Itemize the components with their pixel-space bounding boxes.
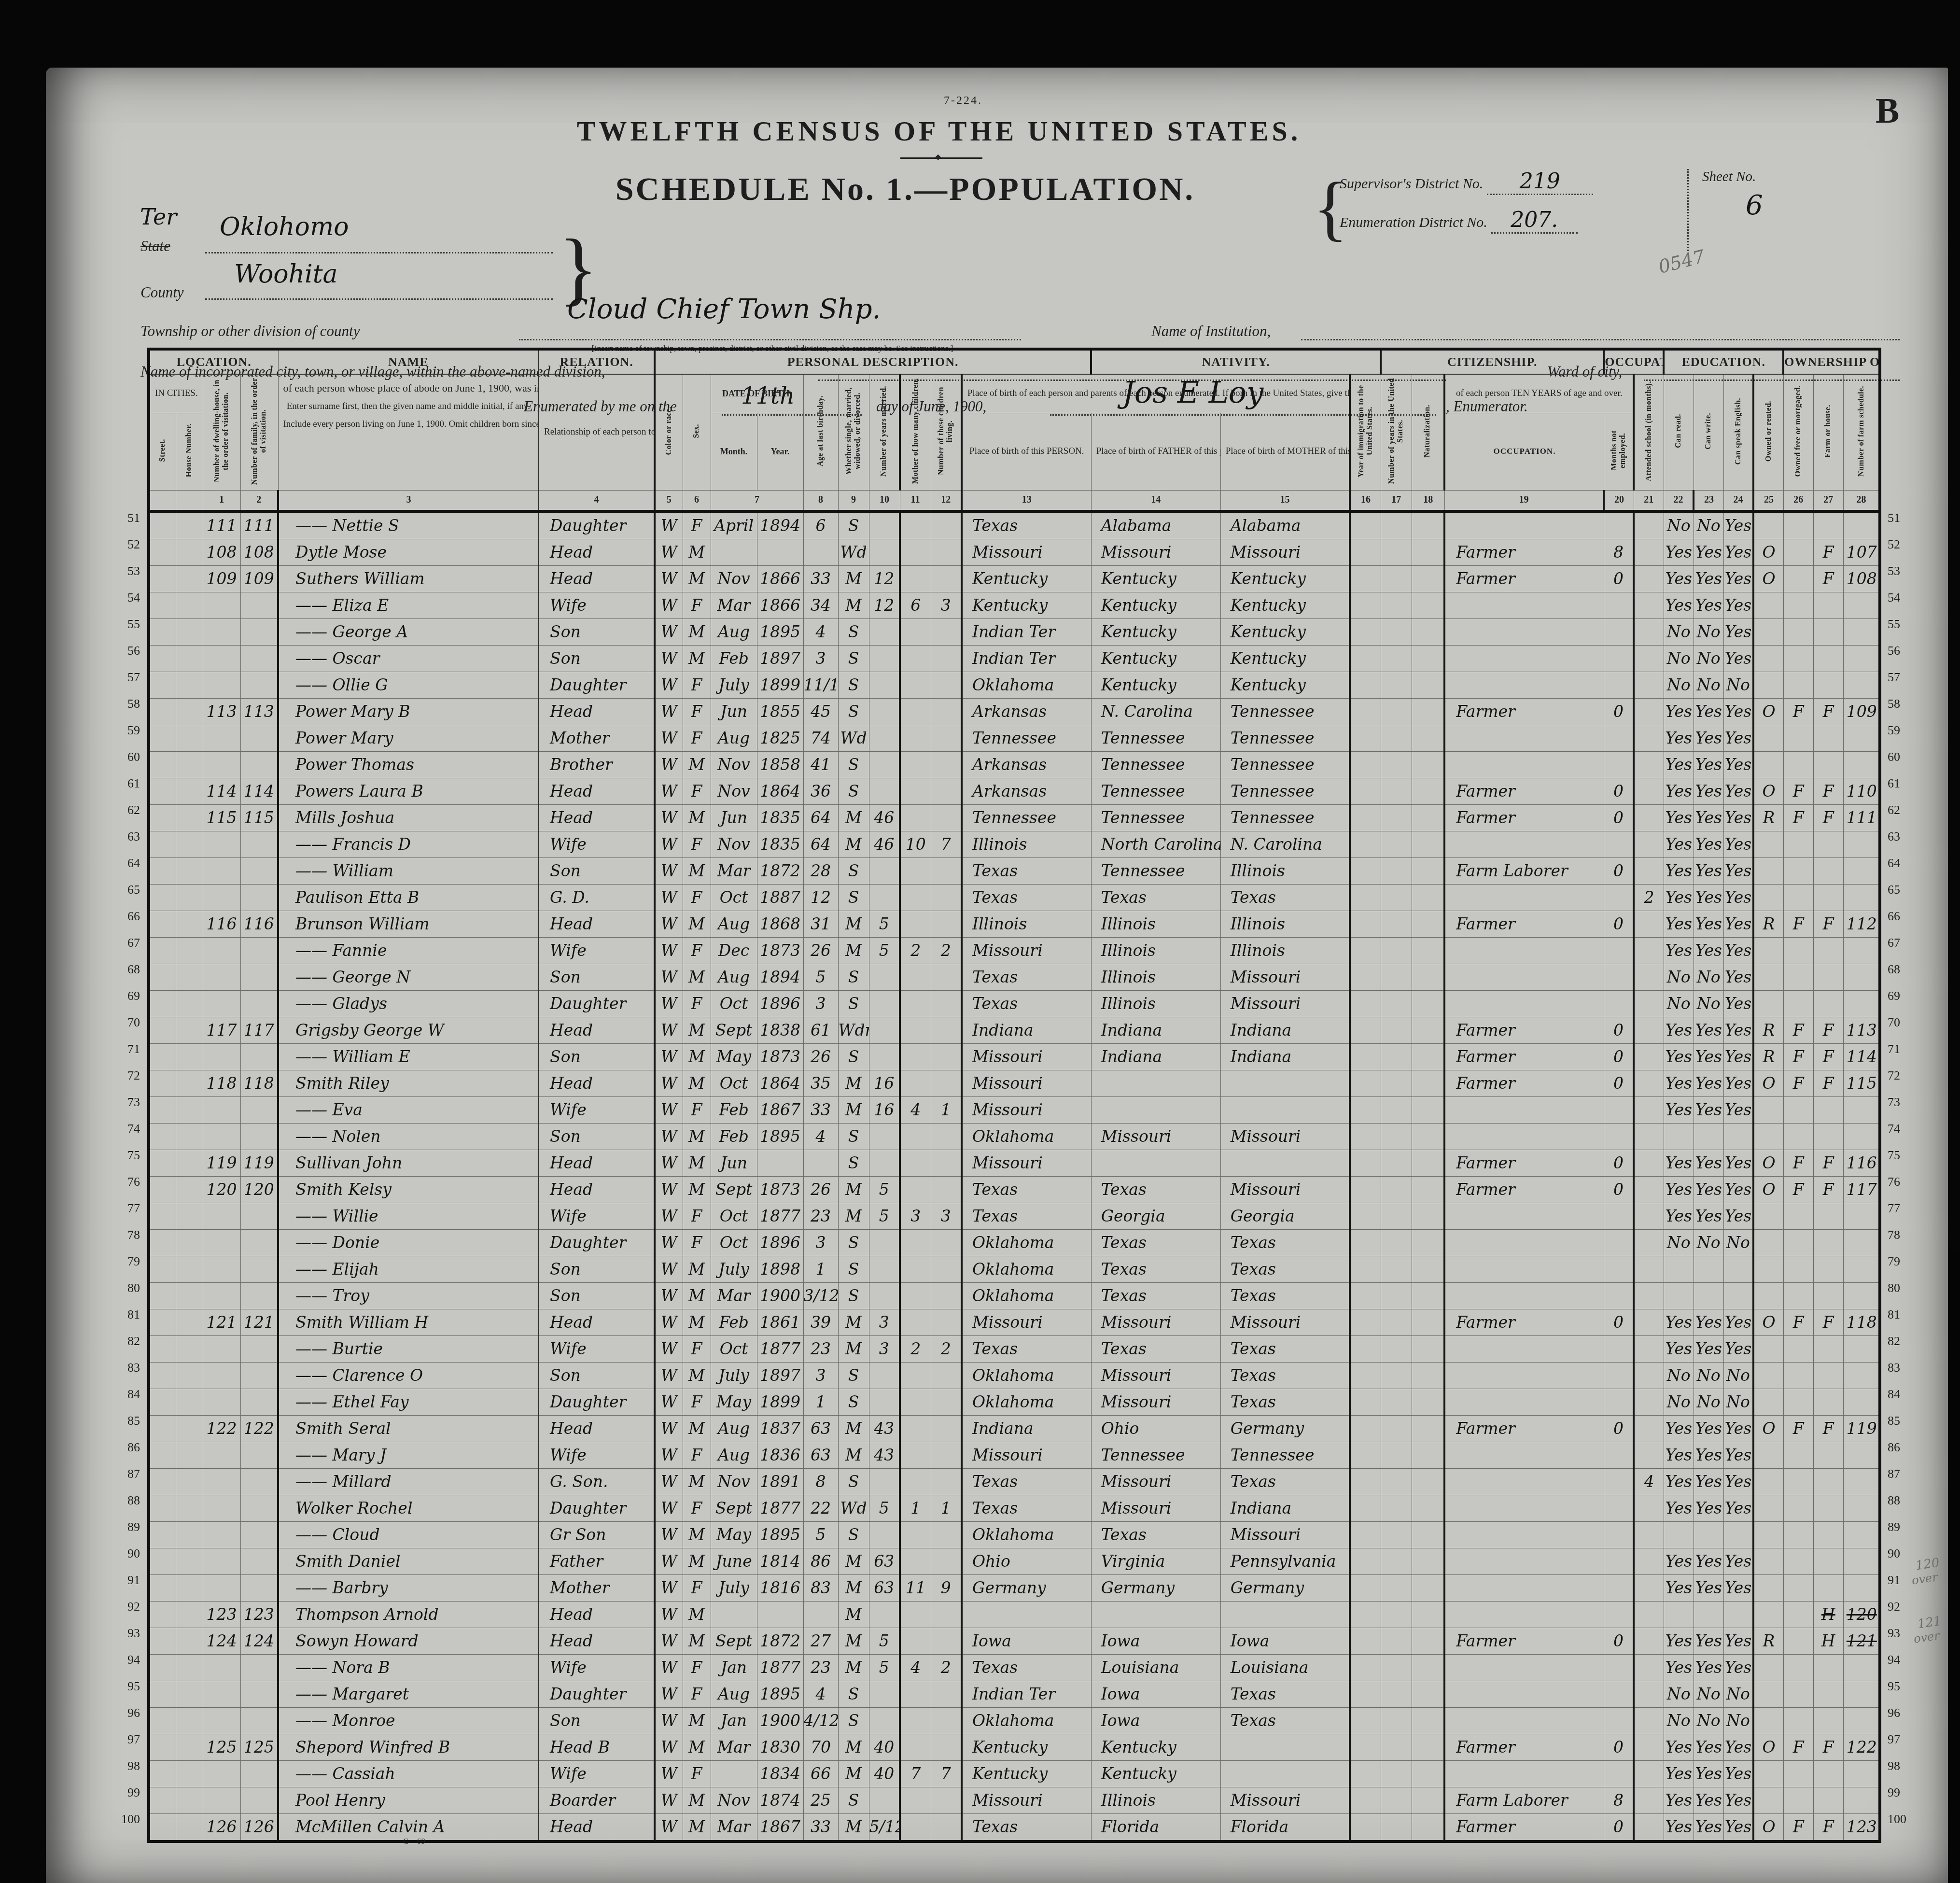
cell-pb: Texas [962, 1203, 1091, 1229]
cell-ym: 3 [869, 1335, 900, 1362]
cell-ms: M [838, 937, 869, 964]
cell-no [1843, 1389, 1880, 1415]
line-number-right: 51 [1888, 511, 1926, 525]
cell-pm [1220, 1734, 1350, 1760]
cell-rel: Daughter [539, 1229, 655, 1256]
cell-ms: S [838, 1282, 869, 1309]
cell-ow: O [1753, 1734, 1783, 1760]
cell-rd: Yes [1664, 1654, 1694, 1681]
cell-fr: F [1783, 1734, 1813, 1760]
cell-pm: Germany [1220, 1415, 1350, 1442]
cell-cl: 3 [931, 1203, 962, 1229]
cell-ag: 4 [803, 1123, 838, 1150]
census-row-73: —— EvaWifeWFFeb186733M1641MissouriYesYes… [149, 1096, 1880, 1123]
col-sex: Sex. [683, 374, 711, 490]
cell-ym [869, 1389, 900, 1415]
line-number-right: 94 [1888, 1653, 1926, 1667]
cell-fh: F [1813, 1070, 1843, 1096]
cell-mn [1604, 964, 1634, 990]
cell-by: 1872 [757, 857, 803, 884]
census-row-77: —— WillieWifeWFOct187723M533TexasGeorgia… [149, 1203, 1880, 1229]
cell-iy [1350, 804, 1381, 831]
cell-no: 109 [1843, 698, 1880, 725]
cell-oc: Farmer [1444, 1813, 1604, 1841]
cell-en: Yes [1723, 1150, 1753, 1176]
cell-ho [176, 1574, 203, 1601]
cell-ho [176, 1096, 203, 1123]
census-row-90: Smith DanielFatherWMJune181486M63OhioVir… [149, 1548, 1880, 1574]
cell-ho [176, 937, 203, 964]
col-children-living-label: Number of these children living. [937, 376, 954, 487]
cell-rel: Head [539, 1017, 655, 1043]
cell-by: 1877 [757, 1335, 803, 1362]
cell-s: M [683, 1070, 711, 1096]
cell-bm: Sept [711, 1176, 757, 1203]
cell-rd: Yes [1664, 1548, 1694, 1574]
cell-c: W [655, 1282, 683, 1309]
cell-en: Yes [1723, 1335, 1753, 1362]
cell-pb: Indiana [962, 1017, 1091, 1043]
line-number-left: 89 [101, 1520, 140, 1534]
col-imm-year: Year of immigration to the United States… [1350, 374, 1381, 490]
cell-d [203, 618, 240, 645]
cell-oc [1444, 1601, 1604, 1628]
cell-cl [931, 1813, 962, 1841]
cell-sc [1634, 511, 1664, 539]
cell-ho [176, 1813, 203, 1841]
cell-ow [1753, 1495, 1783, 1521]
cell-ag [803, 1150, 838, 1176]
cell-yu [1381, 1654, 1412, 1681]
cell-nm: Smith Daniel [278, 1548, 539, 1574]
cell-c: W [655, 1628, 683, 1654]
cell-sc [1634, 698, 1664, 725]
cell-by: 1895 [757, 1123, 803, 1150]
cell-rd: No [1664, 618, 1694, 645]
cell-pf: Tennessee [1091, 857, 1220, 884]
cell-iy [1350, 592, 1381, 618]
cell-en [1723, 1123, 1753, 1150]
cell-s: M [683, 751, 711, 778]
cell-rel: Head [539, 778, 655, 804]
cell-no [1843, 1548, 1880, 1574]
cell-s: F [683, 1229, 711, 1256]
cell-iy [1350, 1415, 1381, 1442]
cell-wr: No [1694, 618, 1723, 645]
cell-nm: Power Mary B [278, 698, 539, 725]
cell-en: Yes [1723, 1017, 1753, 1043]
cell-pf: Florida [1091, 1813, 1220, 1841]
cell-fr [1783, 884, 1813, 911]
cell-sc [1634, 1654, 1664, 1681]
cell-ag: 3/12 [803, 1282, 838, 1309]
cell-ym [869, 1256, 900, 1282]
cell-ho [176, 1229, 203, 1256]
cell-mc [900, 698, 931, 725]
cell-nz [1412, 1335, 1444, 1362]
cell-yu [1381, 884, 1412, 911]
schedule-title: SCHEDULE No. 1.—POPULATION. [432, 170, 1378, 208]
cell-ym [869, 511, 900, 539]
cell-pf: Texas [1091, 1176, 1220, 1203]
cell-s: M [683, 645, 711, 672]
cell-yu [1381, 1628, 1412, 1654]
cell-d [203, 1548, 240, 1574]
cell-c: W [655, 1548, 683, 1574]
cell-by: 1864 [757, 778, 803, 804]
cell-ag [803, 1601, 838, 1628]
cell-en: Yes [1723, 1574, 1753, 1601]
cell-d [203, 1362, 240, 1389]
cell-ym [869, 725, 900, 751]
line-number-right: 53 [1888, 564, 1926, 578]
cell-bm: Mar [711, 1813, 757, 1841]
cell-pm: Illinois [1220, 857, 1350, 884]
cell-mn [1604, 1548, 1634, 1574]
cell-pf: Missouri [1091, 1468, 1220, 1495]
cell-c: W [655, 672, 683, 698]
cell-mn: 0 [1604, 1628, 1634, 1654]
cell-pm [1220, 1601, 1350, 1628]
cell-c: W [655, 857, 683, 884]
cell-mn: 0 [1604, 698, 1634, 725]
cell-s: M [683, 1309, 711, 1335]
cell-nz [1412, 1574, 1444, 1601]
cell-fr [1783, 1203, 1813, 1229]
cell-ow: R [1753, 911, 1783, 937]
cell-en: Yes [1723, 1176, 1753, 1203]
cell-fh: F [1813, 1043, 1843, 1070]
line-number-right: 92 [1888, 1600, 1926, 1614]
cell-s: M [683, 1123, 711, 1150]
group-personal: PERSONAL DESCRIPTION. [655, 349, 1091, 374]
cell-ow: O [1753, 778, 1783, 804]
township-label: Township or other division of county [140, 323, 360, 340]
line-number-left: 93 [101, 1626, 140, 1641]
cell-yu [1381, 1256, 1412, 1282]
cell-oc: Farmer [1444, 1017, 1604, 1043]
cell-fr [1783, 645, 1813, 672]
cell-en: Yes [1723, 511, 1753, 539]
line-number-left: 96 [101, 1706, 140, 1720]
cell-by [757, 1601, 803, 1628]
cell-rel: Son [539, 645, 655, 672]
cell-rd: No [1664, 1389, 1694, 1415]
cell-d [203, 831, 240, 857]
cell-f [240, 857, 278, 884]
cell-sc [1634, 911, 1664, 937]
cell-nm: —— Barbry [278, 1574, 539, 1601]
cell-cl [931, 1309, 962, 1335]
col-yrs-us-label: Number of years in the United States. [1387, 376, 1405, 487]
line-number-left: 63 [101, 829, 140, 844]
cell-fh [1813, 1468, 1843, 1495]
cell-cl: 7 [931, 831, 962, 857]
cell-f [240, 1548, 278, 1574]
cell-ow [1753, 1707, 1783, 1734]
cell-pb: Missouri [962, 1309, 1091, 1335]
cell-s: F [683, 1335, 711, 1362]
cell-ms: S [838, 857, 869, 884]
cell-en: Yes [1723, 645, 1753, 672]
cell-iy [1350, 1389, 1381, 1415]
cell-yu [1381, 1601, 1412, 1628]
cell-c: W [655, 1176, 683, 1203]
cell-nm: Smith Riley [278, 1070, 539, 1096]
cell-nm: —— Ethel Fay [278, 1389, 539, 1415]
cell-ho [176, 911, 203, 937]
line-number-right: 71 [1888, 1042, 1926, 1056]
cell-ms: M [838, 1309, 869, 1335]
cell-by: 1858 [757, 751, 803, 778]
cell-c: W [655, 1707, 683, 1734]
cell-en: Yes [1723, 964, 1753, 990]
cell-d: 115 [203, 804, 240, 831]
cell-iy [1350, 1309, 1381, 1335]
cell-oc [1444, 1389, 1604, 1415]
cell-pb: Oklahoma [962, 1123, 1091, 1150]
cell-pb: Oklahoma [962, 1282, 1091, 1309]
cell-pb: Texas [962, 1495, 1091, 1521]
cell-ho [176, 1123, 203, 1150]
cell-ow [1753, 937, 1783, 964]
line-number-left: 64 [101, 856, 140, 871]
column-number: 19 [1444, 490, 1604, 511]
cell-fh [1813, 1654, 1843, 1681]
cell-pf: Missouri [1091, 539, 1220, 565]
cell-en: Yes [1723, 698, 1753, 725]
cell-fr [1783, 1229, 1813, 1256]
cell-fh [1813, 1096, 1843, 1123]
cell-iy [1350, 1548, 1381, 1574]
line-number-left: 79 [101, 1254, 140, 1269]
cell-wr: Yes [1694, 1574, 1723, 1601]
cell-ag: 23 [803, 1335, 838, 1362]
cell-pm: Kentucky [1220, 672, 1350, 698]
cell-pf: Germany [1091, 1574, 1220, 1601]
cell-bm: Aug [711, 911, 757, 937]
cell-c: W [655, 565, 683, 592]
cell-wr: Yes [1694, 565, 1723, 592]
cell-rd: Yes [1664, 725, 1694, 751]
col-family: Number of family, in the order of visita… [240, 374, 278, 490]
census-row-87: —— MillardG. Son.WMNov18918STexasMissour… [149, 1468, 1880, 1495]
cell-iy [1350, 1176, 1381, 1203]
cell-yu [1381, 672, 1412, 698]
cell-ms: M [838, 1203, 869, 1229]
column-number: 18 [1412, 490, 1444, 511]
cell-no: 115 [1843, 1070, 1880, 1096]
cell-iy [1350, 1335, 1381, 1362]
cell-cl [931, 990, 962, 1017]
cell-pb: Texas [962, 1813, 1091, 1841]
cell-mc [900, 1813, 931, 1841]
cell-ow [1753, 1123, 1783, 1150]
cell-rd: Yes [1664, 1309, 1694, 1335]
cell-ag: 4 [803, 1681, 838, 1707]
cell-f [240, 990, 278, 1017]
cell-pf: Virginia [1091, 1548, 1220, 1574]
cell-fr: F [1783, 1813, 1813, 1841]
line-number-left: 65 [101, 883, 140, 897]
cell-mn [1604, 511, 1634, 539]
cell-ho [176, 1787, 203, 1813]
cell-pf [1091, 1601, 1220, 1628]
cell-pm: Georgia [1220, 1203, 1350, 1229]
cell-mc: 2 [900, 937, 931, 964]
line-number-right: 89 [1888, 1520, 1926, 1534]
census-row-81: 121121Smith William HHeadWMFeb186139M3Mi… [149, 1309, 1880, 1335]
line-number-right: 63 [1888, 829, 1926, 844]
cell-oc [1444, 964, 1604, 990]
line-number-left: 62 [101, 803, 140, 817]
cell-ho [176, 1628, 203, 1654]
cell-rd [1664, 1282, 1694, 1309]
cell-mc [900, 1229, 931, 1256]
cell-ow: R [1753, 1043, 1783, 1070]
cell-pb: Arkansas [962, 698, 1091, 725]
cell-c: W [655, 1415, 683, 1442]
line-number-left: 99 [101, 1785, 140, 1800]
cell-by: 1867 [757, 1096, 803, 1123]
cell-cl [931, 565, 962, 592]
cell-cl [931, 1787, 962, 1813]
cell-oc [1444, 1548, 1604, 1574]
cell-yu [1381, 1760, 1412, 1787]
cell-rel: Head [539, 1628, 655, 1654]
cell-c: W [655, 1203, 683, 1229]
cell-sc [1634, 804, 1664, 831]
cell-rd [1664, 1256, 1694, 1282]
cell-pb: Illinois [962, 831, 1091, 857]
cell-oc [1444, 1681, 1604, 1707]
cell-mn: 0 [1604, 1309, 1634, 1335]
footer-form-code: C—69 [403, 1838, 426, 1846]
cell-ow [1753, 1256, 1783, 1282]
cell-rel: Father [539, 1548, 655, 1574]
cell-fh [1813, 1203, 1843, 1229]
cell-sc [1634, 1442, 1664, 1468]
cell-s: M [683, 1150, 711, 1176]
cell-nz [1412, 990, 1444, 1017]
cell-bm: Feb [711, 1096, 757, 1123]
cell-ow [1753, 645, 1783, 672]
cell-yu [1381, 1442, 1412, 1468]
cell-d [203, 857, 240, 884]
cell-ag: 39 [803, 1309, 838, 1335]
cell-pf: Louisiana [1091, 1654, 1220, 1681]
cell-cl: 1 [931, 1495, 962, 1521]
cell-ms: S [838, 1362, 869, 1389]
cell-wr: Yes [1694, 1043, 1723, 1070]
census-row-76: 120120Smith KelsyHeadWMSept187326M5Texas… [149, 1176, 1880, 1203]
cell-sc [1634, 1813, 1664, 1841]
cell-iy [1350, 672, 1381, 698]
column-number: 24 [1723, 490, 1753, 511]
cell-nm: —— Eva [278, 1096, 539, 1123]
cell-by: 1830 [757, 1734, 803, 1760]
cell-fr [1783, 857, 1813, 884]
cell-sc [1634, 1203, 1664, 1229]
cell-ho [176, 1760, 203, 1787]
cell-en: Yes [1723, 565, 1753, 592]
cell-fr [1783, 672, 1813, 698]
cell-d: 124 [203, 1628, 240, 1654]
cell-yu [1381, 1389, 1412, 1415]
cell-fh [1813, 884, 1843, 911]
cell-d [203, 1123, 240, 1150]
cell-en: Yes [1723, 1628, 1753, 1654]
cell-wr: No [1694, 645, 1723, 672]
cell-ym [869, 990, 900, 1017]
cell-d [203, 1096, 240, 1123]
cell-pf: Iowa [1091, 1681, 1220, 1707]
cell-mc [900, 964, 931, 990]
cell-st [149, 1628, 176, 1654]
cell-ho [176, 511, 203, 539]
col-name: of each person whose place of abode on J… [278, 374, 539, 490]
cell-by: 1894 [757, 511, 803, 539]
cell-bm: Nov [711, 751, 757, 778]
line-number-left: 53 [101, 564, 140, 578]
cell-fh [1813, 1442, 1843, 1468]
cell-oc: Farmer [1444, 778, 1604, 804]
cell-d [203, 1203, 240, 1229]
cell-ag: 22 [803, 1495, 838, 1521]
cell-ms: S [838, 1256, 869, 1282]
cell-nz [1412, 1229, 1444, 1256]
cell-f [240, 1468, 278, 1495]
cell-iy [1350, 1574, 1381, 1601]
cell-ho [176, 884, 203, 911]
cell-rd: No [1664, 511, 1694, 539]
cell-ho [176, 645, 203, 672]
col-farm-house: Farm or house. [1813, 374, 1843, 490]
col-can-speak: Can speak English. [1723, 374, 1753, 490]
cell-fr [1783, 1123, 1813, 1150]
cell-st [149, 1203, 176, 1229]
cell-cl: 3 [931, 592, 962, 618]
cell-fr [1783, 565, 1813, 592]
cell-cl [931, 672, 962, 698]
cell-by: 1877 [757, 1203, 803, 1229]
cell-f: 122 [240, 1415, 278, 1442]
cell-bm: Dec [711, 937, 757, 964]
cell-oc: Farmer [1444, 1150, 1604, 1176]
cell-fr: F [1783, 778, 1813, 804]
cell-no [1843, 1654, 1880, 1681]
cell-cl [931, 1176, 962, 1203]
cell-nz [1412, 1521, 1444, 1548]
cell-pb: Tennessee [962, 725, 1091, 751]
cell-oc [1444, 1203, 1604, 1229]
cell-nz [1412, 751, 1444, 778]
cell-rel: Son [539, 857, 655, 884]
cell-en: Yes [1723, 1813, 1753, 1841]
cell-mn [1604, 1468, 1634, 1495]
cell-ow [1753, 751, 1783, 778]
line-number-left: 95 [101, 1679, 140, 1694]
cell-wr [1694, 1256, 1723, 1282]
cell-pb: Texas [962, 990, 1091, 1017]
cell-st [149, 1150, 176, 1176]
group-citizenship: CITIZENSHIP. [1381, 349, 1604, 374]
cell-d [203, 1495, 240, 1521]
cell-ho [176, 831, 203, 857]
cell-by: 1896 [757, 1229, 803, 1256]
group-occupation: OCCUPATION, TRADE, OR PROFESSION [1604, 349, 1664, 374]
cell-pm: Indiana [1220, 1495, 1350, 1521]
